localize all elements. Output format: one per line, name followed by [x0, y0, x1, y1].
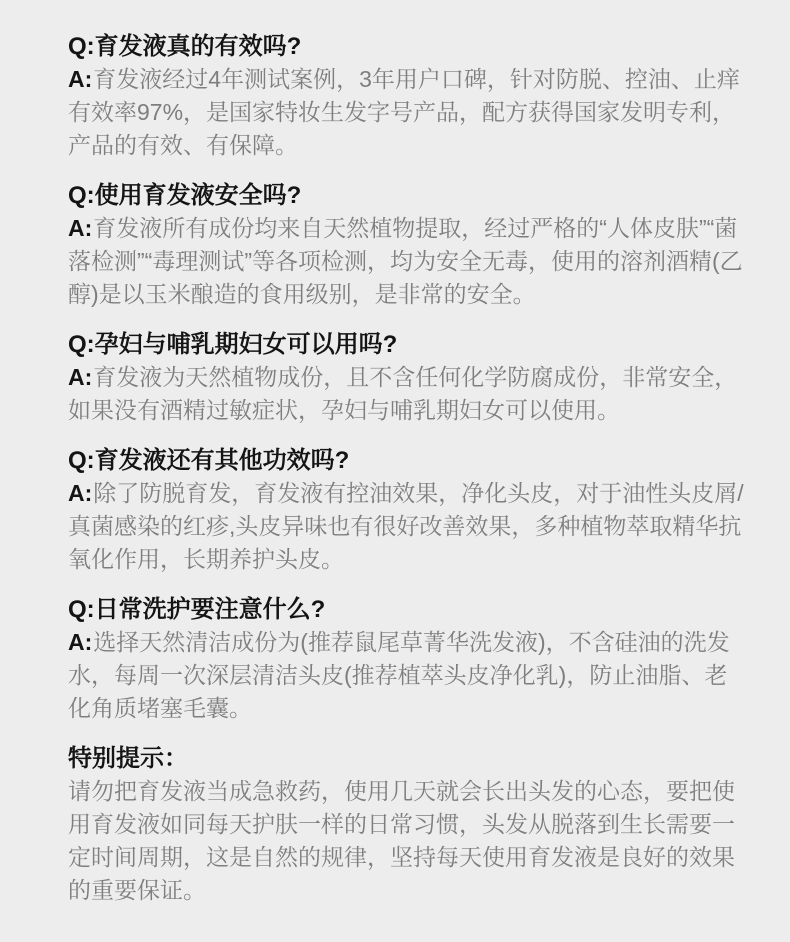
answer-text: 育发液所有成份均来自天然植物提取，经过严格的“人体皮肤”“菌 [93, 215, 737, 241]
answer-text: 选择天然清洁成份为(推荐鼠尾草菁华洗发液)，不含硅油的洗发 [93, 629, 729, 655]
answer-line: 产品的有效、有保障。 [68, 129, 734, 162]
note-line: 用育发液如同每天护肤一样的日常习惯，头发从脱落到生长需要一 [68, 808, 734, 841]
answer-text: 有效率97%，是国家特妆生发字号产品，配方获得国家发明专利， [68, 99, 735, 125]
question-heading: Q:孕妇与哺乳期妇女可以用吗? [68, 328, 734, 361]
answer-prefix: A: [68, 480, 92, 506]
answer-text: 醇)是以玉米酿造的食用级别，是非常的安全。 [68, 281, 536, 307]
note-text: 的重要保证。 [68, 877, 206, 903]
answer-text: 育发液经过4年测试案例，3年用户口碑，针对防脱、控油、止痒 [93, 66, 740, 92]
note-line: 请勿把育发液当成急救药，使用几天就会长出头发的心态，要把使 [68, 775, 734, 808]
answer-text: 育发液为天然植物成份，且不含任何化学防腐成份，非常安全， [93, 364, 737, 390]
answer-prefix: A: [68, 629, 92, 655]
answer-line: 醇)是以玉米酿造的食用级别，是非常的安全。 [68, 278, 734, 311]
answer-prefix: A: [68, 364, 92, 390]
faq-section-other-benefits: Q:育发液还有其他功效吗? A:除了防脱育发，育发液有控油效果，净化头皮，对于油… [68, 444, 734, 576]
faq-section-safety: Q:使用育发液安全吗? A:育发液所有成份均来自天然植物提取，经过严格的“人体皮… [68, 179, 734, 311]
answer-line: A:育发液为天然植物成份，且不含任何化学防腐成份，非常安全， [68, 361, 734, 394]
answer-text: 如果没有酒精过敏症状，孕妇与哺乳期妇女可以使用。 [68, 397, 620, 423]
note-line: 定时间周期，这是自然的规律，坚持每天使用育发液是良好的效果 [68, 841, 734, 874]
question-heading: Q:日常洗护要注意什么? [68, 593, 734, 626]
question-heading: Q:使用育发液安全吗? [68, 179, 734, 212]
question-heading: Q:育发液真的有效吗? [68, 30, 734, 63]
answer-text: 水，每周一次深层清洁头皮(推荐植萃头皮净化乳)，防止油脂、老 [68, 662, 727, 688]
question-heading: Q:育发液还有其他功效吗? [68, 444, 734, 477]
answer-text: 落检测”“毒理测试”等各项检测，均为安全无毒，使用的溶剂酒精(乙 [68, 248, 743, 274]
answer-prefix: A: [68, 66, 92, 92]
answer-line: A:育发液所有成份均来自天然植物提取，经过严格的“人体皮肤”“菌 [68, 212, 734, 245]
note-line: 的重要保证。 [68, 874, 734, 907]
answer-line: 真菌感染的红疹,头皮异味也有很好改善效果，多种植物萃取精华抗 [68, 510, 734, 543]
faq-section-pregnancy: Q:孕妇与哺乳期妇女可以用吗? A:育发液为天然植物成份，且不含任何化学防腐成份… [68, 328, 734, 427]
special-note-heading: 特别提示： [68, 742, 734, 775]
answer-line: A:除了防脱育发，育发液有控油效果，净化头皮，对于油性头皮屑/ [68, 477, 734, 510]
answer-line: 有效率97%，是国家特妆生发字号产品，配方获得国家发明专利， [68, 96, 734, 129]
answer-prefix: A: [68, 215, 92, 241]
answer-line: 如果没有酒精过敏症状，孕妇与哺乳期妇女可以使用。 [68, 394, 734, 427]
answer-line: 落检测”“毒理测试”等各项检测，均为安全无毒，使用的溶剂酒精(乙 [68, 245, 734, 278]
faq-section-daily-care: Q:日常洗护要注意什么? A:选择天然清洁成份为(推荐鼠尾草菁华洗发液)，不含硅… [68, 593, 734, 725]
answer-line: A:选择天然清洁成份为(推荐鼠尾草菁华洗发液)，不含硅油的洗发 [68, 626, 734, 659]
answer-text: 化角质堵塞毛囊。 [68, 695, 252, 721]
note-text: 用育发液如同每天护肤一样的日常习惯，头发从脱落到生长需要一 [68, 811, 735, 837]
answer-line: 化角质堵塞毛囊。 [68, 692, 734, 725]
special-note-section: 特别提示： 请勿把育发液当成急救药，使用几天就会长出头发的心态，要把使 用育发液… [68, 742, 734, 907]
note-text: 定时间周期，这是自然的规律，坚持每天使用育发液是良好的效果 [68, 844, 735, 870]
answer-text: 氧化作用，长期养护头皮。 [68, 546, 344, 572]
answer-line: 氧化作用，长期养护头皮。 [68, 543, 734, 576]
answer-line: A:育发液经过4年测试案例，3年用户口碑，针对防脱、控油、止痒 [68, 63, 734, 96]
answer-text: 真菌感染的红疹,头皮异味也有很好改善效果，多种植物萃取精华抗 [68, 513, 741, 539]
page: { "page": { "background_color": "#ededed… [0, 0, 790, 942]
faq-section-effective: Q:育发液真的有效吗? A:育发液经过4年测试案例，3年用户口碑，针对防脱、控油… [68, 30, 734, 162]
answer-line: 水，每周一次深层清洁头皮(推荐植萃头皮净化乳)，防止油脂、老 [68, 659, 734, 692]
answer-text: 除了防脱育发，育发液有控油效果，净化头皮，对于油性头皮屑/ [93, 480, 743, 506]
note-text: 请勿把育发液当成急救药，使用几天就会长出头发的心态，要把使 [68, 778, 735, 804]
faq-page: Q:育发液真的有效吗? A:育发液经过4年测试案例，3年用户口碑，针对防脱、控油… [0, 0, 790, 907]
answer-text: 产品的有效、有保障。 [68, 132, 298, 158]
